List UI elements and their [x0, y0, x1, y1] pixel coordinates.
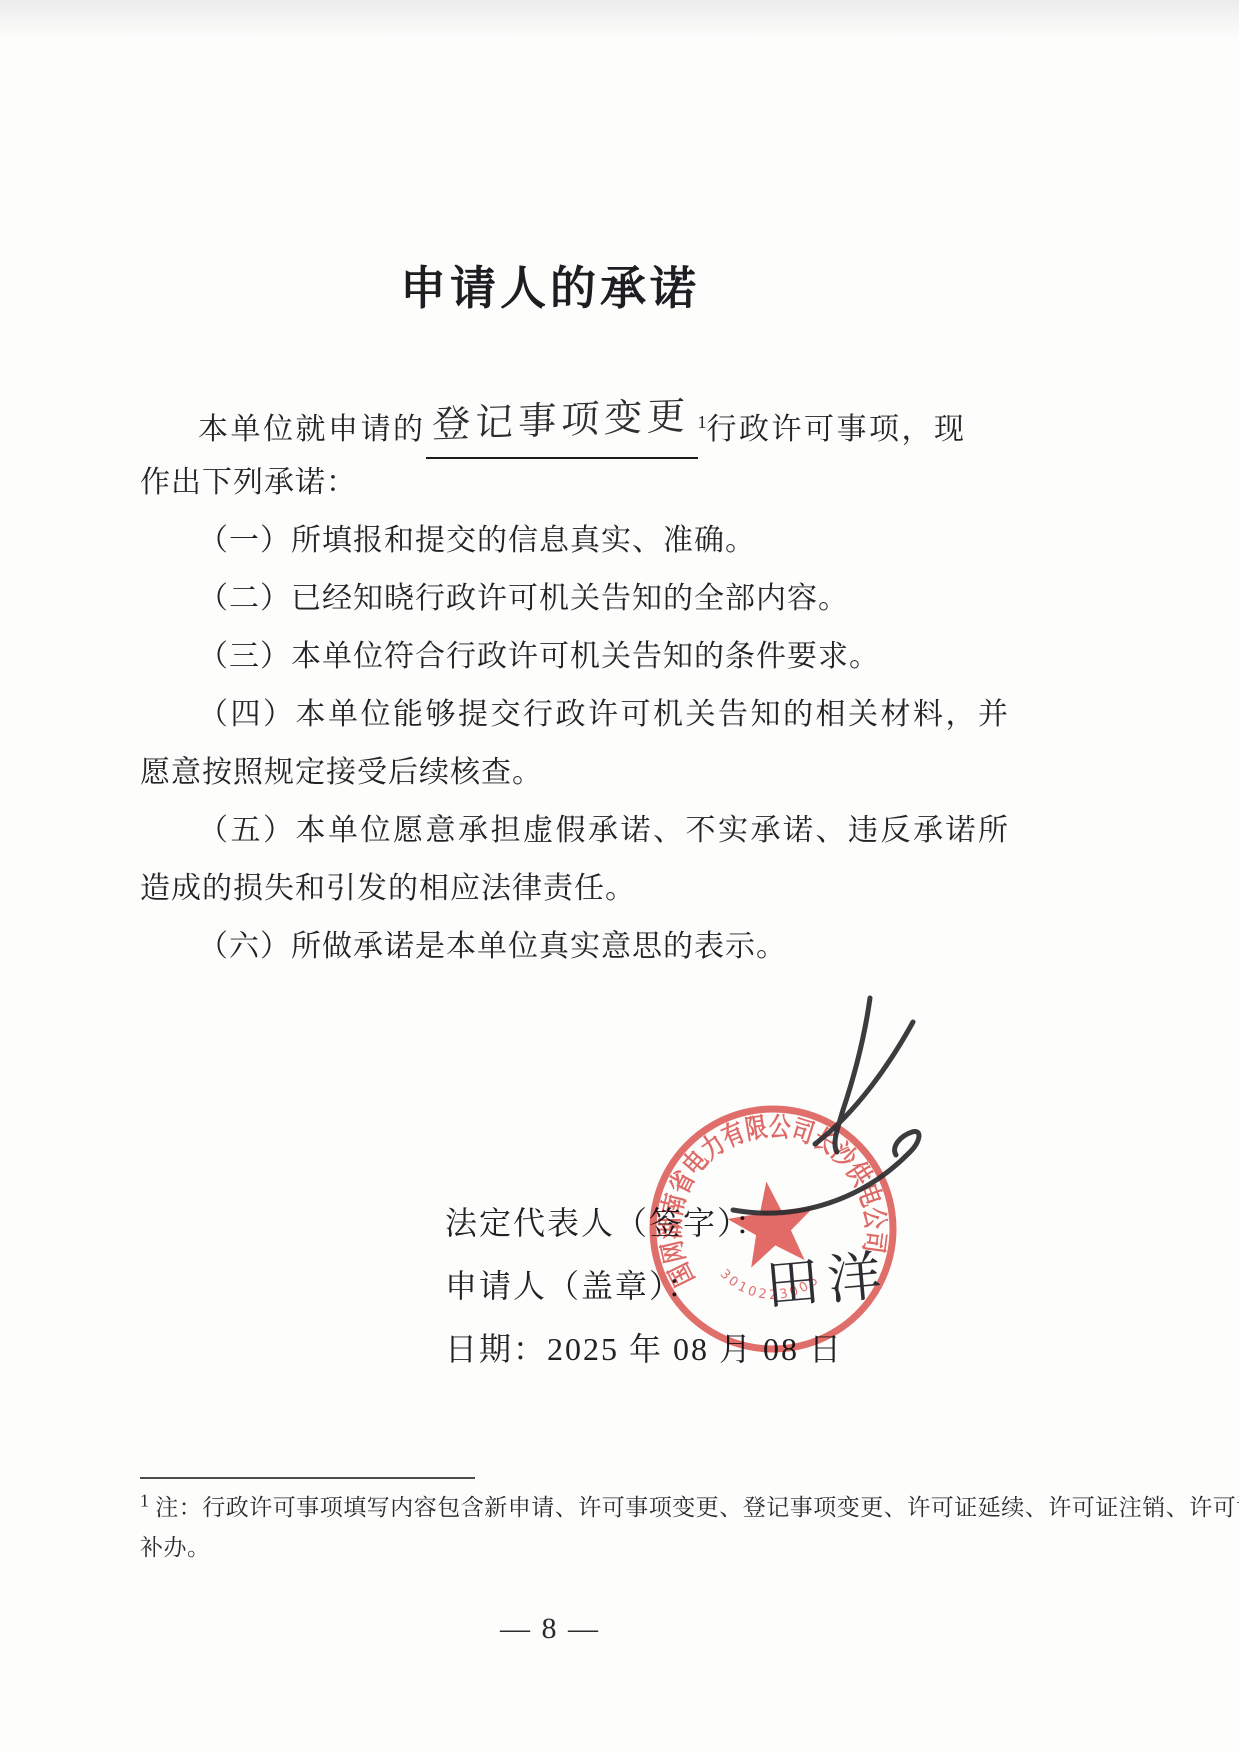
legal-rep-signature-scribble [705, 992, 933, 1230]
commitment-item-4-line-2: 愿意按照规定接受后续核查。 [140, 744, 1000, 802]
scanned-document-page: 申请人的承诺 本单位就申请的登记事项变更1行政许可事项，现 作出下列承诺： （一… [0, 0, 1239, 1752]
signature-stroke-1 [835, 998, 870, 1152]
footnote-ref-superscript: 1 [698, 412, 707, 432]
blank-underline: 登记事项变更 [426, 396, 698, 459]
footnote-line-1: 1 注：行政许可事项填写内容包含新申请、许可事项变更、登记事项变更、许可证延续、… [140, 1488, 1115, 1528]
commitment-item-1: （一）所填报和提交的信息真实、准确。 [140, 512, 1000, 570]
scan-edge-shadow [0, 0, 1239, 46]
commitment-item-4-line-1: （四）本单位能够提交行政许可机关告知的相关材料，并 [140, 686, 1000, 744]
signature-stroke-3 [733, 1132, 919, 1214]
commitment-item-6: （六）所做承诺是本单位真实意思的表示。 [140, 918, 1000, 976]
commitment-item-3: （三）本单位符合行政许可机关告知的条件要求。 [140, 628, 1000, 686]
footnote-text-1: 注：行政许可事项填写内容包含新申请、许可事项变更、登记事项变更、许可证延续、许可… [155, 1495, 1239, 1520]
applicant-name-handwriting: 田洋 [762, 1233, 892, 1321]
paragraph-line-2: 作出下列承诺： [140, 454, 1000, 512]
footnote-text-2: 补办。 [140, 1535, 211, 1560]
commitment-item-2: （二）已经知晓行政许可机关告知的全部内容。 [140, 570, 1000, 628]
footnote-separator [140, 1477, 475, 1479]
document-title: 申请人的承诺 [140, 252, 960, 318]
commitment-item-5-line-2: 造成的损失和引发的相应法律责任。 [140, 860, 1000, 918]
para1-prefix: 本单位就申请的 [198, 413, 426, 446]
paragraph-line-1: 本单位就申请的登记事项变更1行政许可事项，现 [140, 396, 1000, 454]
footnote: 1 注：行政许可事项填写内容包含新申请、许可事项变更、登记事项变更、许可证延续、… [140, 1488, 1115, 1568]
commitment-item-5-line-1: （五）本单位愿意承担虚假承诺、不实承诺、违反承诺所 [140, 802, 1000, 860]
handwritten-permit-type: 登记事项变更 [432, 387, 692, 454]
footnote-marker: 1 [140, 1490, 149, 1510]
para1-suffix: 行政许可事项，现 [707, 413, 967, 446]
commitment-body: 本单位就申请的登记事项变更1行政许可事项，现 作出下列承诺： （一）所填报和提交… [140, 396, 1000, 976]
footnote-line-2: 补办。 [140, 1528, 1115, 1568]
page-number: — 8 — [140, 1612, 960, 1646]
